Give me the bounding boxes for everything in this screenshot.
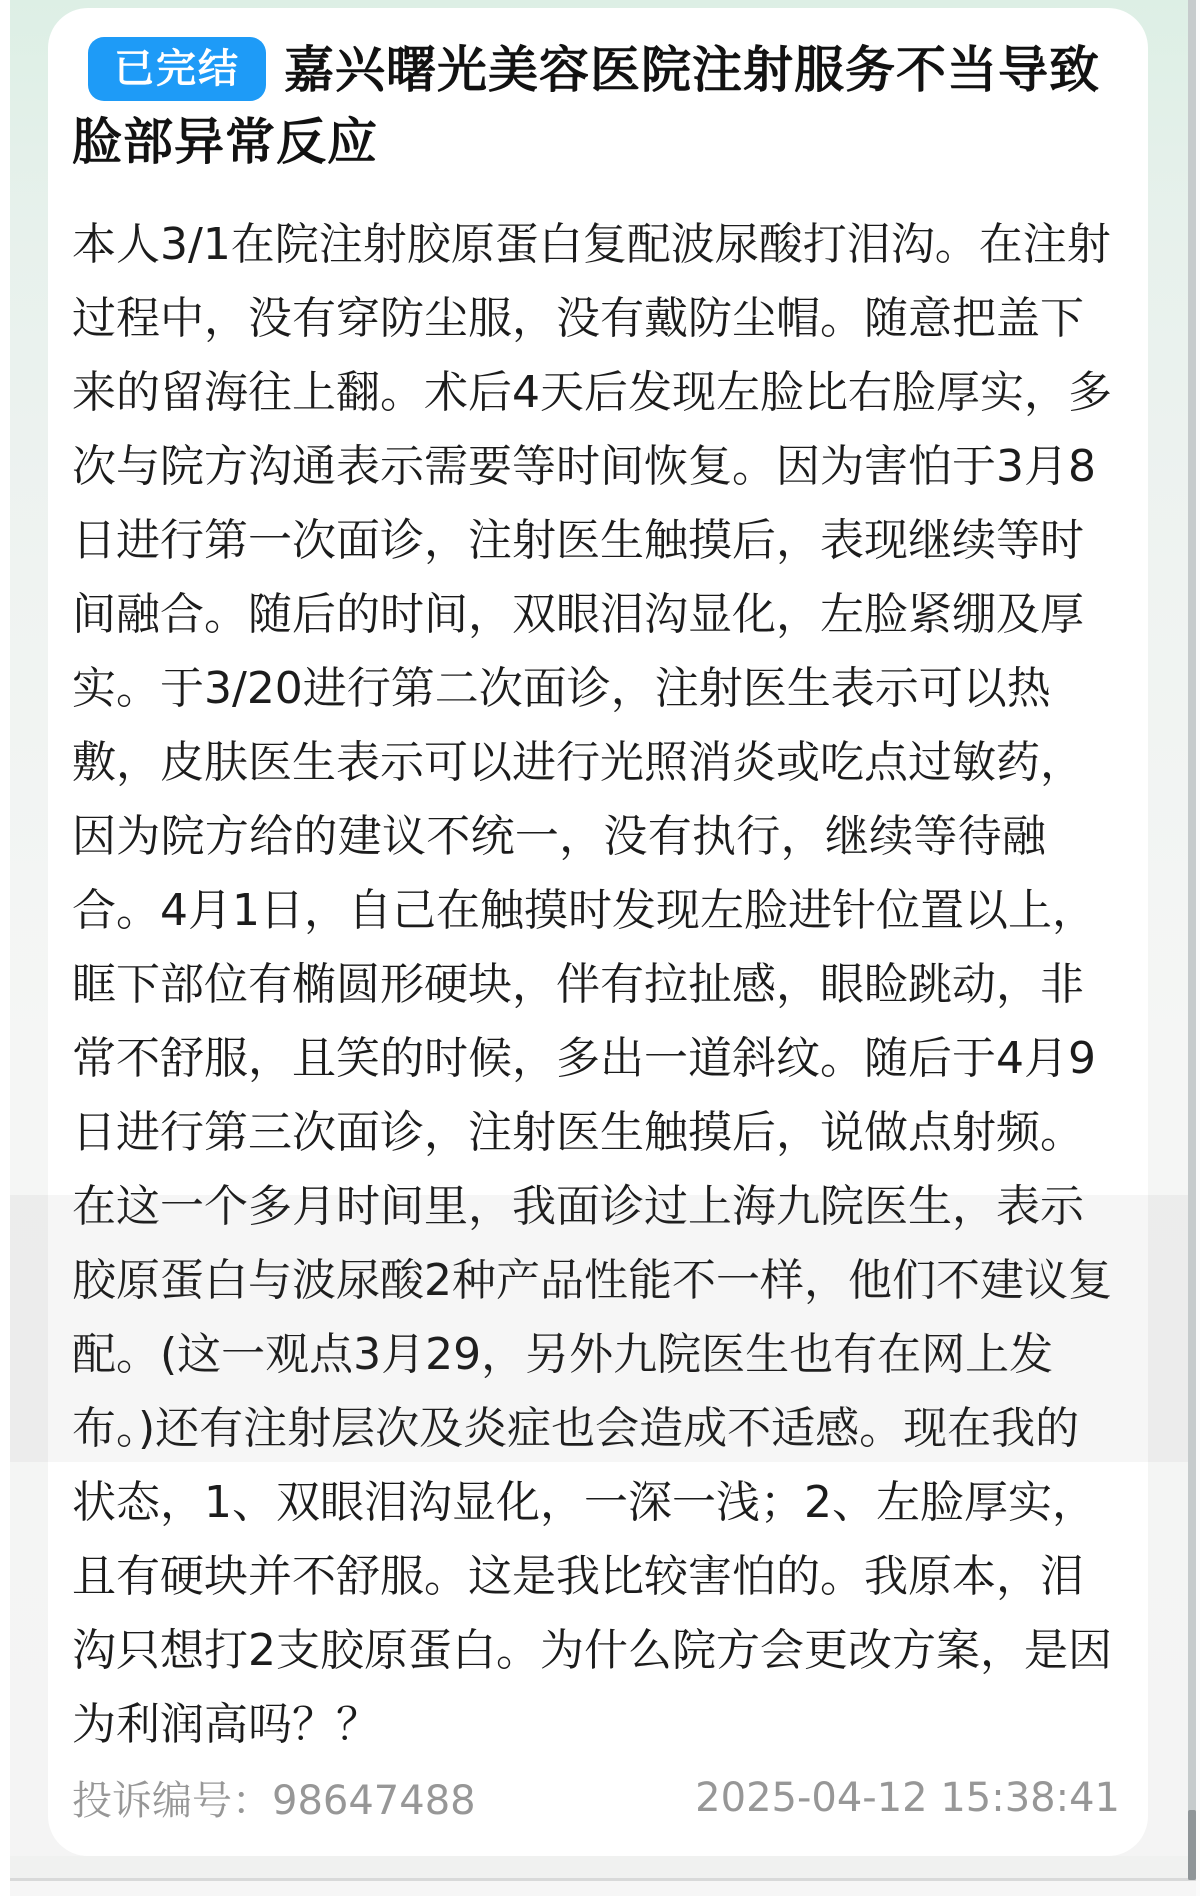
body-text-line: 日进行第三次面诊，注射医生触摸后，说做点射频。: [72, 1096, 1046, 1170]
body-text-line: 过程中，没有穿防尘服，没有戴防尘帽。随意把盖下: [72, 282, 1046, 356]
body-text-line: 来的留海往上翻。术后4天后发现左脸比右脸厚实，多: [72, 356, 1046, 430]
body-text-line: 本人3/1在院注射胶原蛋白复配波尿酸打泪沟。在注射: [72, 208, 1046, 282]
body-text-line: 沟只想打2支胶原蛋白。为什么院方会更改方案，是因: [72, 1614, 1046, 1688]
body-text-line: 日进行第一次面诊，注射医生触摸后，表现继续等时: [72, 504, 1046, 578]
footer-row: 投诉编号：98647488 2025-04-12 15:38:41: [72, 1769, 1120, 1826]
body-text-line: 因为院方给的建议不统一，没有执行，继续等待融: [72, 800, 1046, 874]
body-text-line: 合。4月1日，自己在触摸时发现左脸进针位置以上，: [72, 874, 1046, 948]
body-text-line: 状态，1、双眼泪沟显化，一深一浅；2、左脸厚实，: [72, 1466, 1046, 1540]
body-text-line: 间融合。随后的时间，双眼泪沟显化，左脸紧绷及厚: [72, 578, 1046, 652]
right-edge-strip: [1196, 0, 1200, 1896]
body-text-line: 常不舒服，且笑的时候，多出一道斜纹。随后于4月9: [72, 1022, 1046, 1096]
complaint-body: 本人3/1在院注射胶原蛋白复配波尿酸打泪沟。在注射过程中，没有穿防尘服，没有戴防…: [72, 208, 1046, 1762]
body-text-line: 在这一个多月时间里，我面诊过上海九院医生，表示: [72, 1170, 1046, 1244]
body-text-line: 且有硬块并不舒服。这是我比较害怕的。我原本，泪: [72, 1540, 1046, 1614]
scrollbar-thumb[interactable]: [1188, 1810, 1196, 1880]
body-text-line: 眶下部位有椭圆形硬块，伴有拉扯感，眼睑跳动，非: [72, 948, 1046, 1022]
body-text-line: 布。)还有注射层次及炎症也会造成不适感。现在我的: [72, 1392, 1046, 1466]
body-text-line: 为利润高吗？？: [72, 1688, 1046, 1762]
bottom-bar: [0, 1856, 1200, 1896]
complaint-id-label: 投诉编号：: [72, 1778, 272, 1824]
body-text-line: 敷，皮肤医生表示可以进行光照消炎或吃点过敏药，: [72, 726, 1046, 800]
complaint-page: { "status_badge": { "label": "已完结", "col…: [0, 0, 1200, 1896]
bottom-bar-lower: [0, 1881, 1200, 1896]
body-text-line: 配。(这一观点3月29，另外九院医生也有在网上发: [72, 1318, 1046, 1392]
complaint-id: 投诉编号：98647488: [72, 1769, 476, 1826]
timestamp: 2025-04-12 15:38:41: [695, 1775, 1120, 1821]
status-badge: 已完结: [88, 37, 266, 101]
complaint-card: 已完结嘉兴曙光美容医院注射服务不当导致脸部异常反应 本人3/1在院注射胶原蛋白复…: [48, 8, 1148, 1856]
complaint-id-value: 98647488: [272, 1778, 476, 1824]
body-text-line: 胶原蛋白与波尿酸2种产品性能不一样，他们不建议复: [72, 1244, 1046, 1318]
body-text-line: 次与院方沟通表示需要等时间恢复。因为害怕于3月8: [72, 430, 1046, 504]
left-edge-strip: [0, 0, 10, 1896]
title-row: 已完结嘉兴曙光美容医院注射服务不当导致脸部异常反应: [72, 34, 1128, 178]
bottom-bar-fill: [0, 1856, 1200, 1878]
scrollbar-track[interactable]: [1188, 0, 1196, 1880]
body-text-line: 实。于3/20进行第二次面诊，注射医生表示可以热: [72, 652, 1046, 726]
